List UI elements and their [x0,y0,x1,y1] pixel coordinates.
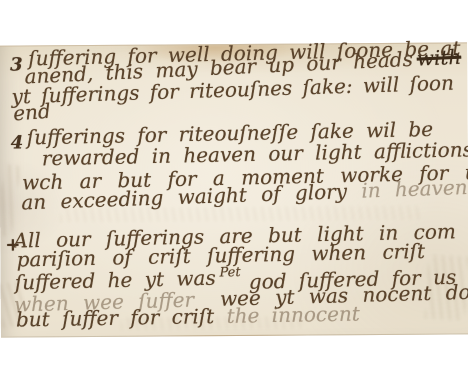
line-text: end [12,99,51,126]
manuscript-line: end [12,101,51,124]
struck-word: with [416,45,461,71]
faded-text: the innocent [226,302,360,328]
manuscript-line: but ſuffer for criſt the innocent [16,304,360,330]
line-text: but ſuffer for criſt [16,304,215,331]
item-marker-3: 3 [10,54,23,75]
inserted-superscript: Pet [219,265,240,281]
ink-show-through [0,164,21,237]
faded-text: in heaven [361,175,468,203]
manuscript-photo: 3 ſuffering for well doing will ſoone be… [0,0,468,382]
item-marker-4: 4 [11,132,24,153]
manuscript-page: 3 ſuffering for well doing will ſoone be… [0,42,468,337]
